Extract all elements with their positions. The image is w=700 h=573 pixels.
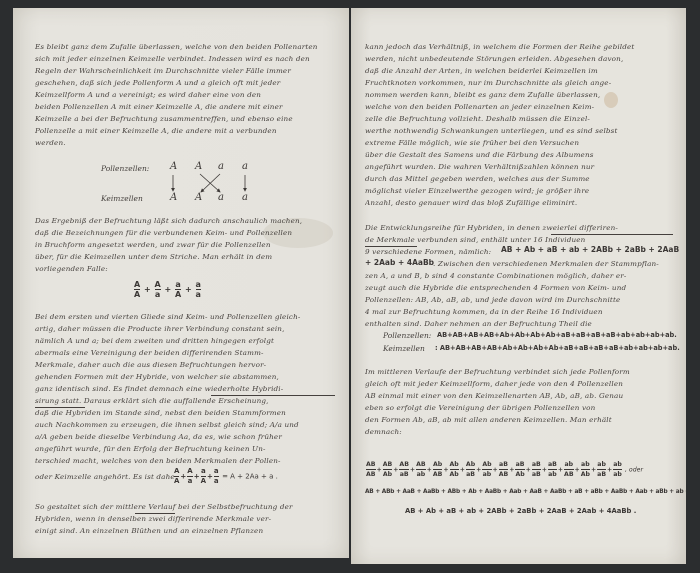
- text-line: kann jedoch das Verhältniß, in welchem d…: [365, 41, 672, 53]
- underline-mark: [551, 234, 673, 235]
- text-line: angeführt wurde, für den Erfolg der Befr…: [35, 443, 335, 455]
- text-line: abermals eine Vereinigung der beiden dif…: [35, 347, 335, 359]
- text-line: gehenden Formen mit der Hybride, von wel…: [35, 371, 335, 383]
- text-line-underlined: sirung statt. Daraus erklärt sich die au…: [35, 395, 335, 407]
- text-line: gleich oft mit jeder Keimzellform, daher…: [365, 378, 672, 390]
- fraction: Aa: [187, 467, 192, 486]
- egg-cells-label: Keimzellen: [383, 344, 425, 353]
- text-line: 4 mal zur Befruchtung kommen, da in der …: [365, 306, 672, 318]
- text-line: werden, nicht unbedeutende Störungen erl…: [365, 53, 672, 65]
- fraction: aa: [196, 280, 201, 299]
- text-line: So gestaltet sich der mittlere Verlauf b…: [35, 501, 335, 513]
- fraction-formula-2: AA+Aa+aA+aa = A + 2Aa + a .: [173, 467, 278, 486]
- text-line: demnach:: [365, 426, 672, 438]
- fraction: AA: [174, 467, 179, 486]
- genotype-series-1-cont: + 2Aab + 4AaBb: [365, 258, 434, 267]
- fraction: aA: [175, 280, 181, 299]
- fraction: AA: [134, 280, 140, 299]
- text-line: über die Gestalt des Samens und die Färb…: [365, 149, 672, 161]
- formula-result: = A + 2Aa + a .: [222, 473, 278, 481]
- text-line: angeführt wurden. Die wahren Verhältnißz…: [365, 161, 672, 173]
- text-line: über, für die Keimzellen unter dem Stric…: [35, 251, 335, 263]
- fraction: aa: [214, 467, 219, 486]
- text-line: Fruchtknoten vorkommen, nur im Durchschn…: [365, 77, 672, 89]
- text-line: eben so erfolgt die Vereinigung der übri…: [365, 402, 672, 414]
- text-line: möglichst vieler Einzelwerthe gezogen wi…: [365, 185, 672, 197]
- text-line: zen A, a und B, b sind 4 constante Combi…: [365, 270, 672, 282]
- text-line: zelle die Befruchtung vollzieht. Deshalb…: [365, 113, 672, 125]
- text-line: den Formen Ab, aB, ab mit allen anderen …: [365, 414, 672, 426]
- text-line: nämlich A und a; bei dem zweiten und dri…: [35, 335, 335, 347]
- text-line: Hybriden, wenn in denselben zwei differi…: [35, 513, 335, 525]
- fraction-formula-1: AA + Aa + aA + aa: [133, 280, 202, 299]
- text-line: enthalten sind. Daher nehmen an der Befr…: [365, 318, 672, 330]
- fraction: Aa: [155, 280, 161, 299]
- text-line: Pollenzellen: AB, Ab, aB, ab, und jede d…: [365, 294, 672, 306]
- final-genotype-series: AB + Ab + aB + ab + 2ABb + 2aBb + 2AaB +…: [405, 507, 636, 515]
- pairing-arrows-icon: [13, 8, 349, 228]
- text-line: Bei dem ersten und vierten Gliede sind K…: [35, 311, 335, 323]
- text-line: zeugt auch die Hybride die entsprechende…: [365, 282, 672, 294]
- egg-cell-row: : AB+AB+AB+AB+Ab+Ab+Ab+Ab+aB+aB+aB+aB+ab…: [435, 344, 680, 352]
- text-line: Im mittleren Verlaufe der Befruchtung ve…: [365, 366, 672, 378]
- text-line: . Zwischen den verschiedenen Merkmalen d…: [433, 258, 672, 270]
- text-line: werthe nothwendig Schwankungen unterlieg…: [365, 125, 672, 137]
- text-line: artig, daher müssen die Producte ihrer V…: [35, 323, 335, 335]
- text-line: Das Ergebniß der Befruchtung läßt sich d…: [35, 215, 335, 227]
- text-line: a/A geben beide dieselbe Verbindung Aa, …: [35, 431, 335, 443]
- text-line: AB einmal mit einer von den Keimzellenar…: [365, 390, 672, 402]
- text-line: Merkmale, daher auch die aus diesen Befr…: [35, 359, 335, 371]
- text-line: Anzahl, desto genauer wird das bloß Zufä…: [365, 197, 672, 209]
- text-line: einigt sind. An einzelnen Blüthen und an…: [35, 525, 335, 537]
- left-manuscript-page: Es bleibt ganz dem Zufalle überlassen, w…: [13, 8, 349, 558]
- text-line: oder Keimzelle angehört. Es ist daher: [35, 471, 174, 483]
- right-manuscript-page: kann jedoch das Verhältniß, in welchem d…: [351, 8, 686, 564]
- text-line: auch Nachkommen zu erzeugen, die ihnen s…: [35, 419, 335, 431]
- text-line: vorliegenden Falle:: [35, 263, 335, 275]
- underline-mark: [135, 513, 175, 514]
- genotype-series-1: AB + Ab + aB + ab + 2ABb + 2aBb + 2AaB: [501, 245, 679, 254]
- pollen-cell-row: AB+AB+AB+AB+Ab+Ab+Ab+Ab+aB+aB+aB+aB+ab+a…: [437, 331, 677, 339]
- pollen-cells-label: Pollenzellen:: [383, 331, 431, 340]
- text-line: nommen werden kann, bleibt es ganz dem Z…: [365, 89, 672, 101]
- text-line: daß die Bezeichnungen für die verbundene…: [35, 227, 335, 239]
- underline-mark: [211, 395, 335, 396]
- text-line: extreme Fälle möglich, wie sie früher be…: [365, 137, 672, 149]
- fraction-series: ABAB+ABAb+ABaB+ABab+AbAB+AbAb+AbaB+Abab+…: [365, 460, 643, 479]
- text-line: durch das Mittel gegeben werden, welches…: [365, 173, 672, 185]
- fraction: aA: [201, 467, 206, 486]
- text-line: daß die Anzahl der Arten, in welchen bei…: [365, 65, 672, 77]
- text-line: terschied macht, welches von den beiden …: [35, 455, 335, 467]
- expanded-genotype-series: AB + ABb + AaB + AaBb + ABb + Ab + AaBb …: [365, 489, 686, 495]
- text-line: de Merkmale verbunden sind, enthält unte…: [365, 234, 672, 246]
- text-line-underlined: ganz identisch sind. Es findet demnach e…: [35, 383, 335, 395]
- text-line: welche von den beiden Pollenarten an jed…: [365, 101, 672, 113]
- underline-mark: [35, 407, 85, 408]
- text-line: daß die Hybriden im Stande sind, nebst d…: [35, 407, 335, 419]
- text-line: in Bruchform angesetzt werden, und zwar …: [35, 239, 335, 251]
- text-line: 9 verschiedene Formen, nämlich:: [365, 246, 506, 258]
- text-line: Die Entwicklungsreihe für Hybriden, in d…: [365, 222, 672, 234]
